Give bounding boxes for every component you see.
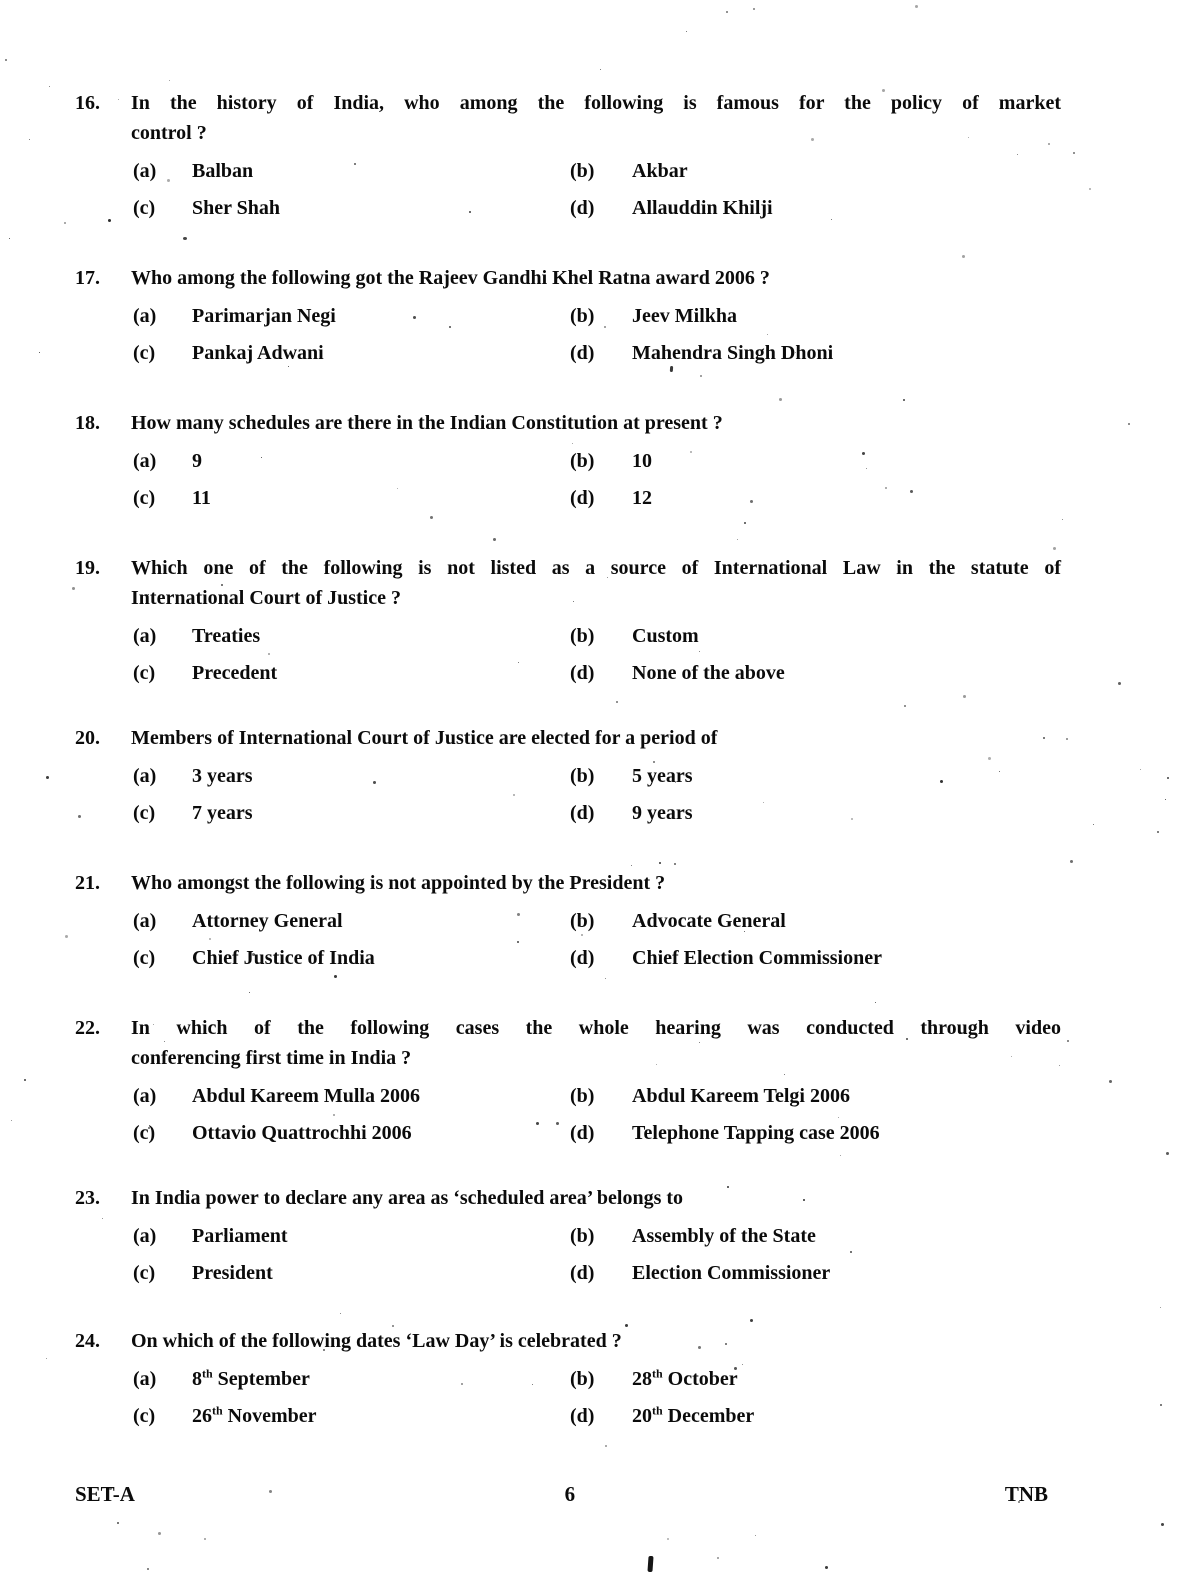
option-item: (b) Advocate General (570, 906, 1075, 936)
speckle (840, 1155, 841, 1156)
option-letter: (d) (570, 1258, 632, 1288)
speckle (249, 992, 250, 993)
option-text: Assembly of the State (632, 1221, 816, 1251)
speckle (340, 1313, 341, 1314)
speckle (39, 352, 40, 353)
option-item: (d) Telephone Tapping case 2006 (570, 1118, 1075, 1148)
question-item: 16. In the history of India, who among t… (75, 88, 1075, 223)
option-letter: (a) (133, 446, 192, 476)
question-item: 24. On which of the following dates ‘Law… (75, 1326, 1075, 1431)
option-item: (d) 20th December (570, 1401, 1075, 1431)
option-text: Telephone Tapping case 2006 (632, 1118, 880, 1148)
option-letter: (c) (133, 798, 192, 828)
speckle (1062, 519, 1063, 520)
speckle (904, 705, 906, 707)
option-text: 9 years (632, 798, 693, 828)
speckle (183, 237, 187, 240)
option-item: (c) 7 years (133, 798, 570, 828)
speckle (64, 222, 66, 224)
option-text: 20th December (632, 1401, 754, 1431)
option-letter: (b) (570, 906, 632, 936)
question-text: On which of the following dates ‘Law Day… (131, 1326, 1061, 1356)
option-text: None of the above (632, 658, 785, 688)
option-item: (c) Precedent (133, 658, 570, 688)
option-item: (a) Attorney General (133, 906, 570, 936)
option-text: 8th September (192, 1364, 310, 1394)
option-letter: (a) (133, 1221, 192, 1251)
option-text: Balban (192, 156, 253, 186)
option-item: (d) 12 (570, 483, 1075, 513)
speckle (674, 863, 676, 865)
speckle (1166, 1152, 1169, 1155)
speckle (11, 1120, 12, 1121)
option-item: (b) Akbar (570, 156, 1075, 186)
question-head: 16. In the history of India, who among t… (75, 88, 1075, 148)
option-item: (a) Parimarjan Negi (133, 301, 570, 331)
question-item: 17. Who among the following got the Raje… (75, 263, 1075, 368)
speckle (647, 1556, 653, 1572)
question-number: 18. (75, 408, 131, 438)
speckle (46, 776, 49, 779)
option-item: (b) Custom (570, 621, 1075, 651)
option-text: 12 (632, 483, 652, 513)
question-item: 22. In which of the following cases the … (75, 1013, 1075, 1148)
speckle (169, 80, 170, 81)
speckle (903, 399, 905, 401)
options-grid: (a) 8th September (b) 28th October (c) 2… (133, 1364, 1075, 1431)
speckle (334, 975, 337, 978)
question-text: How many schedules are there in the Indi… (131, 408, 1061, 438)
option-item: (d) Chief Election Commissioner (570, 943, 1075, 973)
option-text: 5 years (632, 761, 693, 791)
option-item: (a) Treaties (133, 621, 570, 651)
option-letter: (b) (570, 156, 632, 186)
speckle (963, 695, 966, 698)
question-number: 23. (75, 1183, 131, 1213)
option-text: Mahendra Singh Dhoni (632, 338, 833, 368)
option-letter: (c) (133, 658, 192, 688)
speckle (1160, 1404, 1162, 1406)
question-item: 19. Which one of the following is not li… (75, 553, 1075, 688)
question-item: 20. Members of International Court of Ju… (75, 723, 1075, 828)
option-letter: (a) (133, 301, 192, 331)
speckle (65, 935, 68, 938)
question-number: 19. (75, 553, 131, 583)
question-number: 22. (75, 1013, 131, 1043)
speckle (5, 59, 7, 61)
question-text: In the history of India, who among the f… (131, 88, 1061, 148)
option-letter: (c) (133, 1258, 192, 1288)
option-letter: (d) (570, 483, 632, 513)
option-letter: (d) (570, 798, 632, 828)
option-text: Treaties (192, 621, 260, 651)
speckle (24, 1079, 26, 1081)
option-letter: (b) (570, 1364, 632, 1394)
question-text: In India power to declare any area as ‘s… (131, 1183, 1061, 1213)
question-head: 23. In India power to declare any area a… (75, 1183, 1075, 1213)
option-letter: (c) (133, 1401, 192, 1431)
option-letter: (b) (570, 301, 632, 331)
question-text: Members of International Court of Justic… (131, 723, 1061, 753)
question-head: 19. Which one of the following is not li… (75, 553, 1075, 613)
option-item: (b) Assembly of the State (570, 1221, 1075, 1251)
option-text: Ottavio Quattrochhi 2006 (192, 1118, 412, 1148)
question-item: 18. How many schedules are there in the … (75, 408, 1075, 513)
option-letter: (d) (570, 658, 632, 688)
speckle (825, 1566, 828, 1569)
option-item: (c) Pankaj Adwani (133, 338, 570, 368)
speckle (158, 1532, 161, 1535)
speckle (616, 701, 618, 703)
question-number: 21. (75, 868, 131, 898)
options-grid: (a) Treaties (b) Custom (c) Precedent (d… (133, 621, 1075, 688)
option-text: 26th November (192, 1401, 317, 1431)
speckle (631, 865, 632, 866)
speckle (875, 1002, 876, 1003)
option-letter: (c) (133, 943, 192, 973)
option-text: Abdul Kareem Mulla 2006 (192, 1081, 420, 1111)
option-text: Custom (632, 621, 699, 651)
option-text: 9 (192, 446, 202, 476)
footer-page-number: 6 (565, 1482, 576, 1507)
option-letter: (b) (570, 446, 632, 476)
option-text: Chief Election Commissioner (632, 943, 882, 973)
speckle (493, 538, 496, 541)
options-grid: (a) Balban (b) Akbar (c) Sher Shah (d) A… (133, 156, 1075, 223)
speckle (779, 398, 782, 401)
speckle (1128, 423, 1130, 425)
speckle (753, 8, 755, 10)
question-number: 17. (75, 263, 131, 293)
option-item: (c) Chief Justice of India (133, 943, 570, 973)
speckle (204, 1538, 206, 1540)
option-item: (a) 9 (133, 446, 570, 476)
option-letter: (b) (570, 621, 632, 651)
speckle (600, 69, 601, 70)
option-item: (b) Abdul Kareem Telgi 2006 (570, 1081, 1075, 1111)
option-text: President (192, 1258, 273, 1288)
option-letter: (c) (133, 483, 192, 513)
question-item: 23. In India power to declare any area a… (75, 1183, 1075, 1288)
speckle (1161, 1523, 1164, 1526)
question-head: 21. Who amongst the following is not app… (75, 868, 1075, 898)
option-item: (a) Parliament (133, 1221, 570, 1251)
question-text: Who among the following got the Rajeev G… (131, 263, 1061, 293)
footer-code: TNB (1005, 1482, 1048, 1507)
option-item: (c) 11 (133, 483, 570, 513)
option-letter: (d) (570, 943, 632, 973)
option-text: 11 (192, 483, 211, 513)
speckle (1093, 824, 1094, 825)
option-item: (a) Abdul Kareem Mulla 2006 (133, 1081, 570, 1111)
speckle (915, 5, 918, 8)
option-letter: (b) (570, 761, 632, 791)
option-letter: (d) (570, 1401, 632, 1431)
question-number: 16. (75, 88, 131, 118)
option-letter: (a) (133, 1081, 192, 1111)
question-head: 24. On which of the following dates ‘Law… (75, 1326, 1075, 1356)
question-text: In which of the following cases the whol… (131, 1013, 1061, 1073)
speckle (726, 11, 728, 13)
footer-set-label: SET-A (75, 1482, 135, 1507)
scan-page: 16. In the history of India, who among t… (0, 0, 1193, 1582)
option-text: 10 (632, 446, 652, 476)
speckle (1118, 682, 1121, 685)
option-item: (d) Allauddin Khilji (570, 193, 1075, 223)
option-text: Advocate General (632, 906, 786, 936)
question-head: 22. In which of the following cases the … (75, 1013, 1075, 1073)
option-text: Precedent (192, 658, 277, 688)
page-footer: SET-A 6 TNB (75, 1482, 1048, 1507)
speckle (700, 375, 702, 377)
speckle (1157, 831, 1159, 833)
option-letter: (c) (133, 193, 192, 223)
speckle (1109, 1080, 1112, 1083)
option-item: (d) None of the above (570, 658, 1075, 688)
option-item: (d) Mahendra Singh Dhoni (570, 338, 1075, 368)
speckle (49, 86, 50, 87)
option-text: Abdul Kareem Telgi 2006 (632, 1081, 850, 1111)
option-letter: (a) (133, 1364, 192, 1394)
speckle (46, 1358, 47, 1359)
option-text: Chief Justice of India (192, 943, 375, 973)
option-item: (b) 10 (570, 446, 1075, 476)
options-grid: (a) Parimarjan Negi (b) Jeev Milkha (c) … (133, 301, 1075, 368)
speckle (750, 1319, 753, 1322)
option-item: (b) Jeev Milkha (570, 301, 1075, 331)
question-head: 18. How many schedules are there in the … (75, 408, 1075, 438)
question-head: 17. Who among the following got the Raje… (75, 263, 1075, 293)
question-text: Who amongst the following is not appoint… (131, 868, 1061, 898)
speckle (117, 1522, 119, 1524)
question-head: 20. Members of International Court of Ju… (75, 723, 1075, 753)
speckle (605, 1445, 607, 1447)
option-letter: (c) (133, 1118, 192, 1148)
speckle (430, 516, 433, 519)
option-item: (c) Sher Shah (133, 193, 570, 223)
option-letter: (a) (133, 761, 192, 791)
speckle (962, 255, 965, 258)
speckle (1053, 547, 1056, 550)
option-item: (d) Election Commissioner (570, 1258, 1075, 1288)
option-letter: (a) (133, 906, 192, 936)
speckle (686, 31, 687, 32)
options-grid: (a) 3 years (b) 5 years (c) 7 years (d) … (133, 761, 1075, 828)
option-letter: (d) (570, 1118, 632, 1148)
option-text: Jeev Milkha (632, 301, 737, 331)
option-letter: (d) (570, 193, 632, 223)
option-text: Allauddin Khilji (632, 193, 773, 223)
option-text: 7 years (192, 798, 253, 828)
option-letter: (b) (570, 1221, 632, 1251)
option-item: (c) President (133, 1258, 570, 1288)
speckle (1070, 860, 1073, 863)
speckle (605, 978, 606, 979)
question-text: Which one of the following is not listed… (131, 553, 1061, 613)
speckle (1165, 799, 1166, 800)
option-item: (a) 8th September (133, 1364, 570, 1394)
option-letter: (d) (570, 338, 632, 368)
option-text: Akbar (632, 156, 688, 186)
option-letter: (c) (133, 338, 192, 368)
speckle (9, 238, 10, 239)
speckle (737, 539, 738, 540)
option-text: Parimarjan Negi (192, 301, 336, 331)
option-item: (a) Balban (133, 156, 570, 186)
option-text: Pankaj Adwani (192, 338, 324, 368)
option-text: Sher Shah (192, 193, 280, 223)
option-text: Attorney General (192, 906, 343, 936)
option-text: Election Commissioner (632, 1258, 830, 1288)
speckle (147, 1568, 149, 1570)
question-number: 24. (75, 1326, 131, 1356)
options-grid: (a) Attorney General (b) Advocate Genera… (133, 906, 1075, 973)
option-text: 28th October (632, 1364, 738, 1394)
option-item: (b) 28th October (570, 1364, 1075, 1394)
options-grid: (a) Parliament (b) Assembly of the State… (133, 1221, 1075, 1288)
option-item: (d) 9 years (570, 798, 1075, 828)
option-item: (b) 5 years (570, 761, 1075, 791)
speckle (717, 1557, 719, 1559)
speckle (29, 139, 30, 140)
option-item: (a) 3 years (133, 761, 570, 791)
speckle (1160, 1307, 1161, 1308)
option-letter: (b) (570, 1081, 632, 1111)
option-text: Parliament (192, 1221, 288, 1251)
speckle (755, 1535, 756, 1536)
speckle (659, 862, 661, 864)
option-item: (c) Ottavio Quattrochhi 2006 (133, 1118, 570, 1148)
speckle (1140, 769, 1141, 770)
speckle (1167, 777, 1169, 779)
option-letter: (a) (133, 156, 192, 186)
speckle (667, 1538, 669, 1540)
speckle (744, 522, 746, 524)
option-text: 3 years (192, 761, 253, 791)
options-grid: (a) 9 (b) 10 (c) 11 (d) 12 (133, 446, 1075, 513)
speckle (1089, 188, 1091, 190)
option-item: (c) 26th November (133, 1401, 570, 1431)
question-item: 21. Who amongst the following is not app… (75, 868, 1075, 973)
question-number: 20. (75, 723, 131, 753)
option-letter: (a) (133, 621, 192, 651)
options-grid: (a) Abdul Kareem Mulla 2006 (b) Abdul Ka… (133, 1081, 1075, 1148)
